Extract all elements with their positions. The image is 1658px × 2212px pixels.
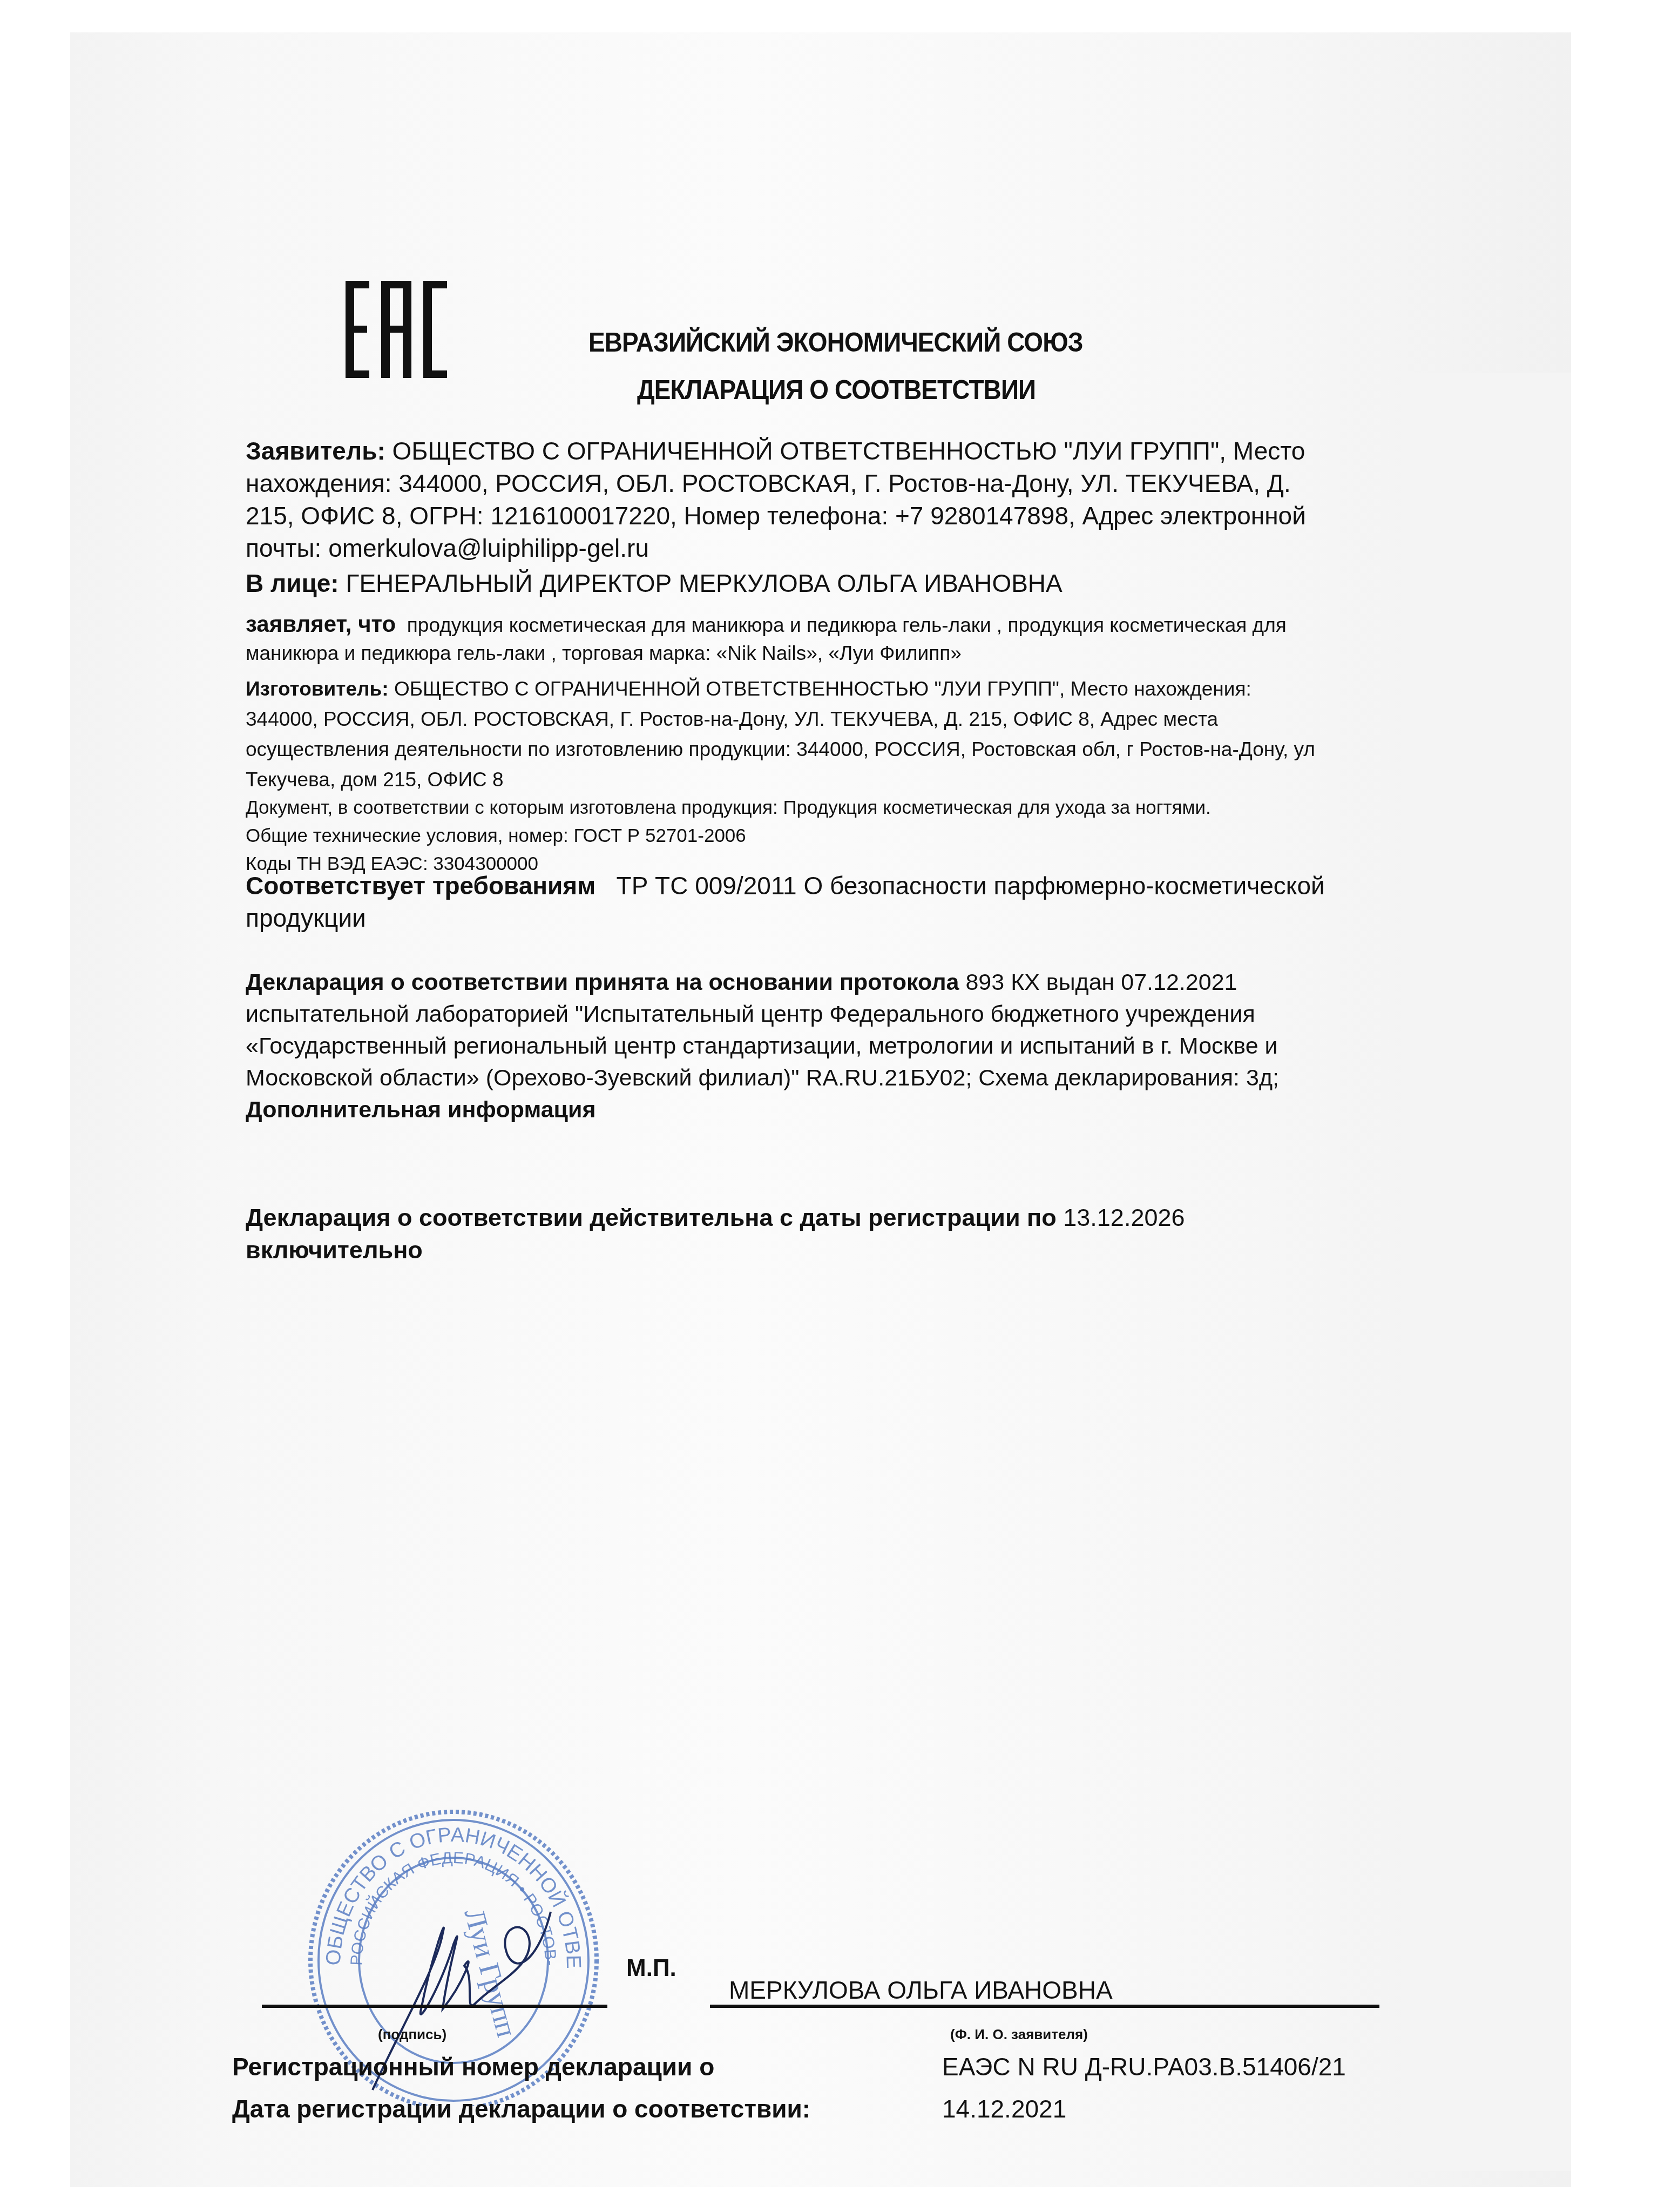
compliance-regulation: ТР ТС 009/2011 О безопасности парфюмерно… (617, 872, 1325, 900)
manufacturer-line: осуществления деятельности по изготовлен… (246, 734, 1433, 765)
applicant-line: ОБЩЕСТВО С ОГРАНИЧЕННОЙ ОТВЕТСТВЕННОСТЬЮ… (392, 437, 1305, 465)
validity-section: Декларация о соответствии действительна … (246, 1202, 1433, 1266)
compliance-regulation-cont: продукции (246, 902, 1433, 934)
manufacturer-line: ОБЩЕСТВО С ОГРАНИЧЕННОЙ ОТВЕТСТВЕННОСТЬЮ… (394, 678, 1251, 700)
signature-line (262, 2005, 607, 2008)
registration-date-value: 14.12.2021 (942, 2094, 1066, 2123)
name-caption: (Ф. И. О. заявителя) (950, 2026, 1088, 2043)
product-line: продукция косметическая для маникюра и п… (407, 614, 1287, 636)
applicant-line: нахождения: 344000, РОССИЯ, ОБЛ. РОСТОВС… (246, 467, 1433, 500)
basis-line: испытательной лабораторией "Испытательны… (246, 999, 1433, 1030)
declares-section: заявляет, что продукция косметическая дл… (246, 610, 1433, 667)
manufacturer-line: 344000, РОССИЯ, ОБЛ. РОСТОВСКАЯ, Г. Рост… (246, 704, 1433, 734)
signer-name: МЕРКУЛОВА ОЛЬГА ИВАНОВНА (729, 1975, 1113, 2005)
representative-label: В лице: (246, 569, 339, 597)
registration-number-label: Регистрационный номер декларации о (232, 2052, 714, 2081)
gost-line: Общие технические условия, номер: ГОСТ Р… (246, 822, 1433, 850)
validity-date: 13.12.2026 (1063, 1204, 1185, 1231)
product-line: маникюра и педикюра гель-лаки , торговая… (246, 639, 1433, 667)
applicant-line: 215, ОФИС 8, ОГРН: 1216100017220, Номер … (246, 500, 1433, 532)
union-heading: ЕВРАЗИЙСКИЙ ЭКОНОМИЧЕСКИЙ СОЮЗ (588, 327, 1083, 358)
document-basis-line: Документ, в соответствии с которым изгот… (246, 794, 1433, 822)
registration-date-label: Дата регистрации декларации о соответств… (232, 2094, 810, 2123)
name-line (710, 2005, 1379, 2008)
manufacturer-section: Изготовитель: ОБЩЕСТВО С ОГРАНИЧЕННОЙ ОТ… (246, 674, 1433, 795)
declares-label: заявляет, что (246, 611, 396, 637)
applicant-section: Заявитель: ОБЩЕСТВО С ОГРАНИЧЕННОЙ ОТВЕТ… (246, 435, 1433, 564)
manufacturer-label: Изготовитель: (246, 678, 389, 700)
basis-line: «Государственный региональный центр стан… (246, 1030, 1433, 1062)
basis-section: Декларация о соответствии принята на осн… (246, 967, 1433, 1126)
registration-number-value: ЕАЭС N RU Д-RU.РА03.В.51406/21 (942, 2052, 1346, 2081)
basis-line: Московской области» (Орехово-Зуевский фи… (246, 1062, 1433, 1094)
additional-info-label: Дополнительная информация (246, 1094, 1433, 1126)
stamp-mark: М.П. (626, 1955, 676, 1982)
protocol-value: 893 КХ выдан 07.12.2021 (965, 969, 1237, 995)
standards-section: Документ, в соответствии с которым изгот… (246, 794, 1433, 878)
applicant-label: Заявитель: (246, 437, 385, 465)
manufacturer-line: Текучева, дом 215, ОФИС 8 (246, 765, 1433, 795)
representative-section: В лице: ГЕНЕРАЛЬНЫЙ ДИРЕКТОР МЕРКУЛОВА О… (246, 567, 1433, 599)
signature-caption: (подпись) (378, 2026, 446, 2043)
document-title: ДЕКЛАРАЦИЯ О СООТВЕТСТВИИ (637, 374, 1036, 406)
representative-value: ГЕНЕРАЛЬНЫЙ ДИРЕКТОР МЕРКУЛОВА ОЛЬГА ИВА… (346, 569, 1062, 597)
basis-label: Декларация о соответствии принята на осн… (246, 969, 959, 995)
compliance-section: Соответствует требованиям ТР ТС 009/2011… (246, 869, 1433, 934)
validity-label: Декларация о соответствии действительна … (246, 1204, 1057, 1231)
validity-suffix: включительно (246, 1234, 1433, 1266)
eac-logo-icon (346, 281, 454, 378)
applicant-email: почты: omerkulova@luiphilipp-gel.ru (246, 532, 1433, 564)
compliance-label: Соответствует требованиям (246, 872, 595, 900)
